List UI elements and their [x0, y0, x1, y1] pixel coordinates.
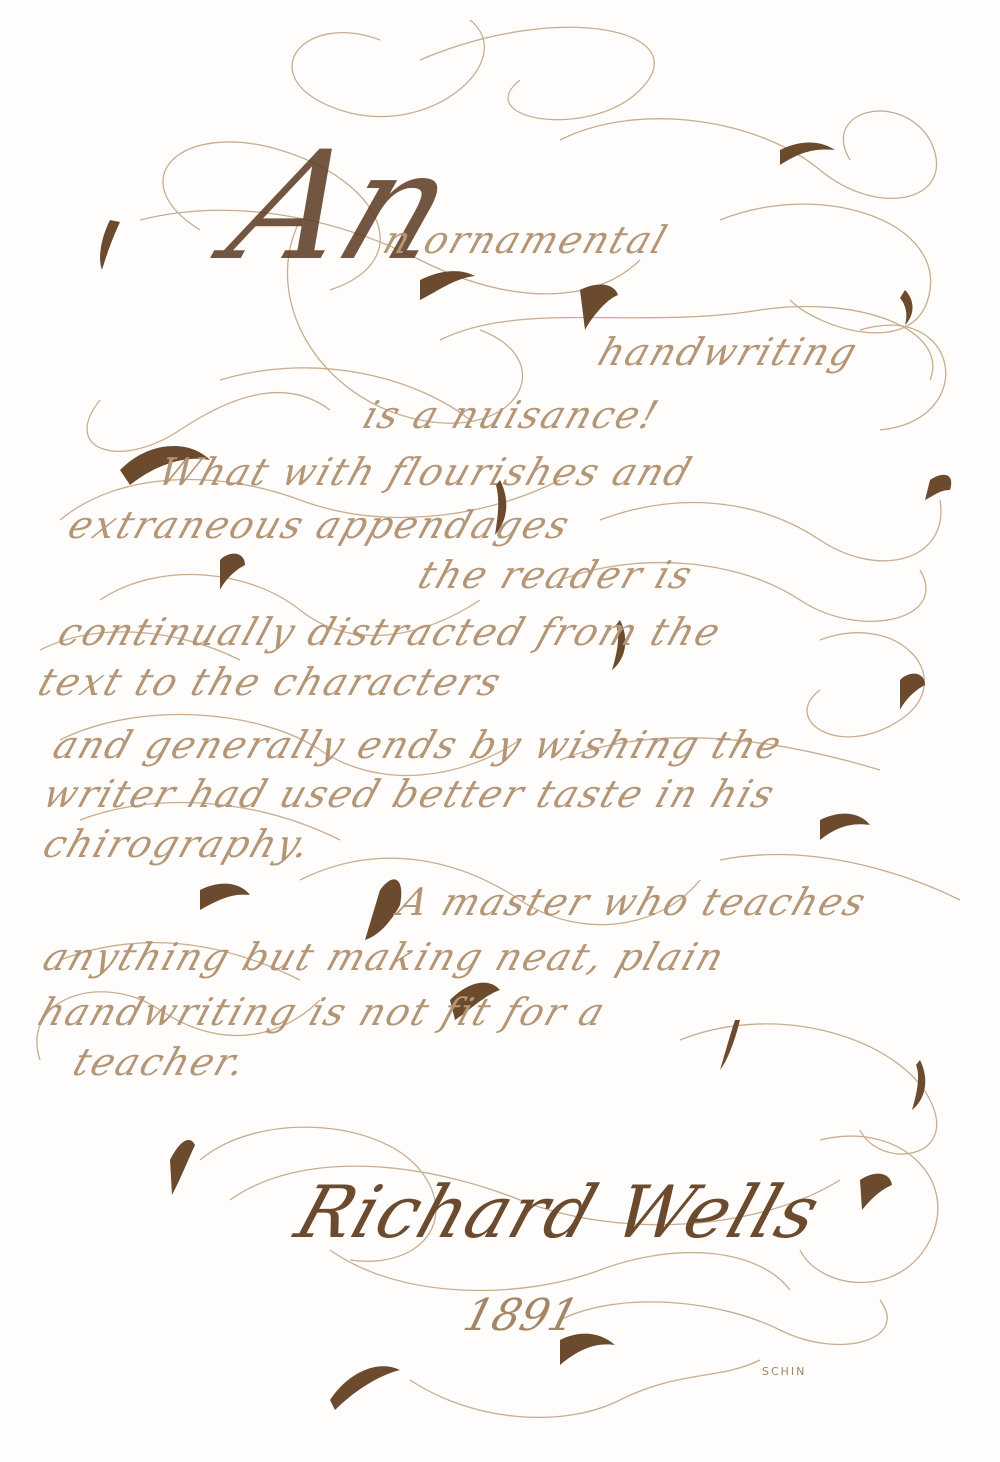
text-line: What with flourishes and — [153, 450, 699, 494]
text-line: is a nuisance! — [358, 393, 666, 437]
text-line: anything but making neat, plain — [38, 935, 731, 979]
year: 1891 — [458, 1290, 584, 1341]
signature: Richard Wells — [286, 1170, 830, 1254]
text-line: continually distracted from the — [53, 610, 728, 654]
text-line: handwriting is not fit for a — [33, 990, 612, 1034]
text-line: n ornamental — [378, 218, 674, 262]
text-line: and generally ends by wishing the — [48, 723, 789, 767]
text-line: writer had used better taste in his — [38, 772, 782, 816]
text-line: handwriting — [593, 330, 864, 374]
text-line: text to the characters — [33, 660, 508, 704]
text-line: the reader is — [413, 553, 700, 597]
text-line: extraneous appendages — [63, 503, 577, 547]
text-line: chirography. — [38, 822, 318, 866]
artist-mark: SCHIN — [762, 1365, 806, 1378]
text-line: teacher. — [68, 1040, 253, 1084]
text-line: A master who teaches — [393, 880, 873, 924]
